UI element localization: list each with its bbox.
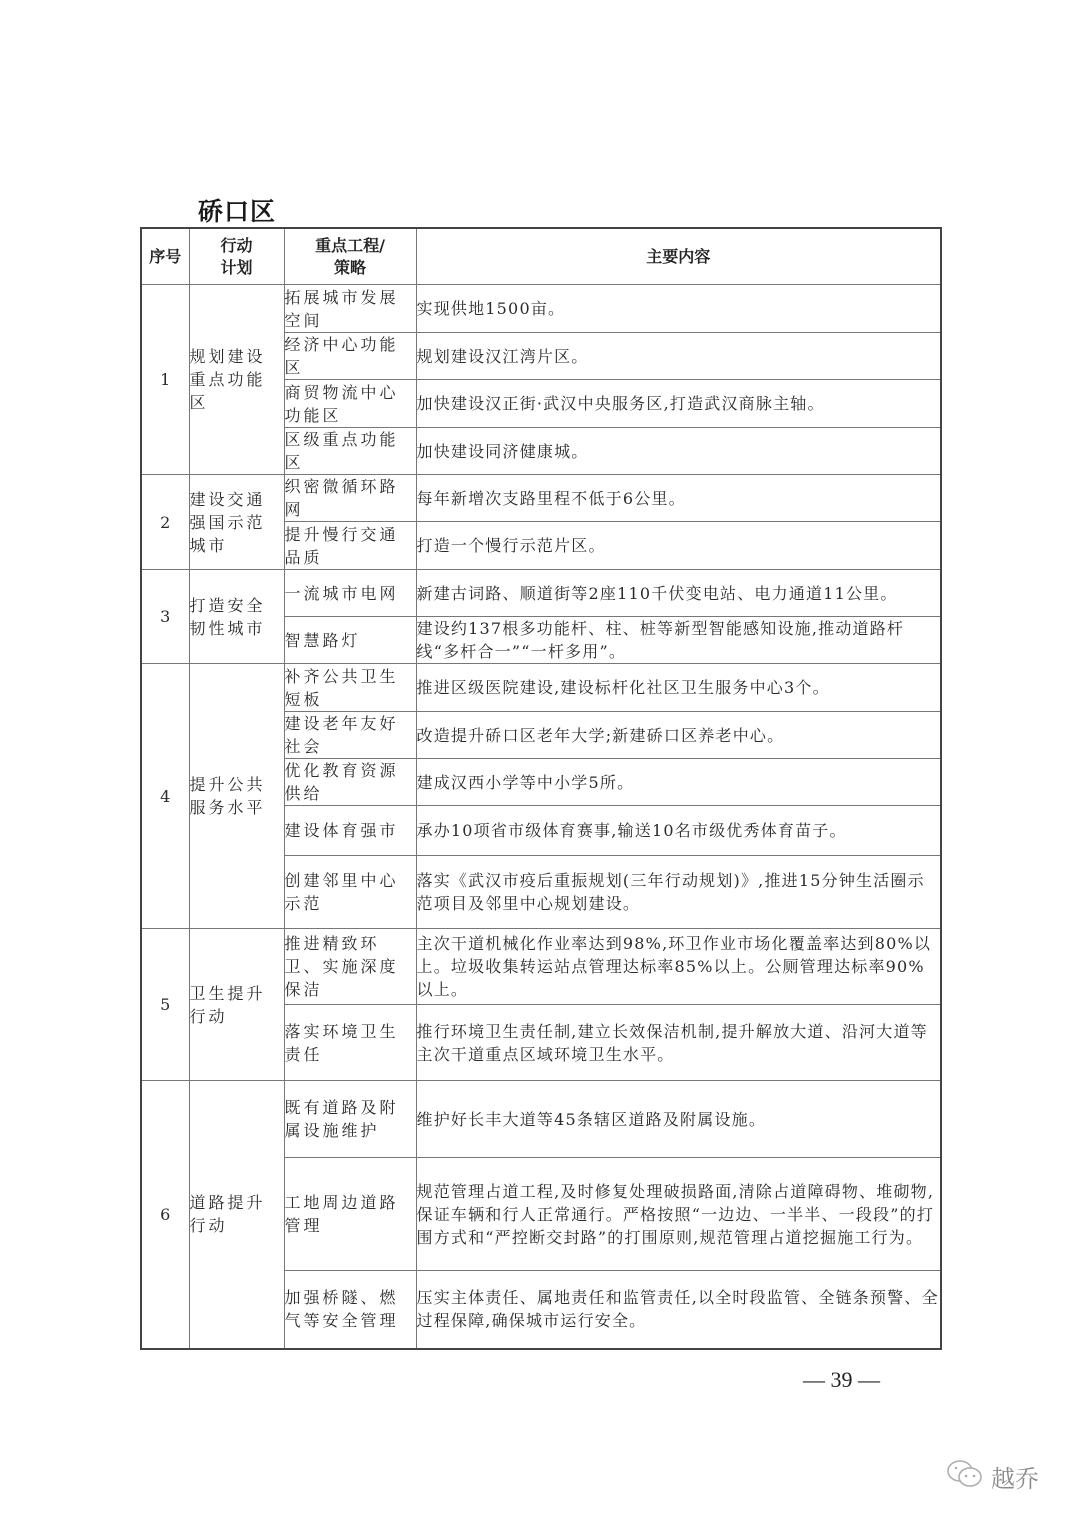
project: 拓展城市发展空间 [284,285,416,333]
header-content: 主要内容 [416,228,941,285]
table-row: 1 规划建设重点功能区 拓展城市发展空间 实现供地1500亩。 [141,285,941,333]
action-plan-table: 序号 行动计划 重点工程/策略 主要内容 1 规划建设重点功能区 拓展城市发展空… [140,227,942,1350]
project: 织密微循环路网 [284,475,416,522]
row-number: 5 [141,929,189,1081]
header-plan: 行动计划 [189,228,284,285]
content: 加快建设同济健康城。 [416,428,941,475]
table-row: 6 道路提升行动 既有道路及附属设施维护 维护好长丰大道等45条辖区道路及附属设… [141,1081,941,1158]
action-plan: 建设交通强国示范城市 [189,475,284,570]
project: 智慧路灯 [284,617,416,664]
header-project: 重点工程/策略 [284,228,416,285]
row-number: 4 [141,664,189,929]
content: 推进区级医院建设,建设标杆化社区卫生服务中心3个。 [416,664,941,712]
page-number: — 39 — [803,1367,880,1393]
content: 改造提升硚口区老年大学;新建硚口区养老中心。 [416,712,941,759]
wechat-icon [945,1458,985,1494]
content: 建成汉西小学等中小学5所。 [416,759,941,806]
project: 加强桥隧、燃气等安全管理 [284,1271,416,1349]
content: 打造一个慢行示范片区。 [416,522,941,570]
row-number: 2 [141,475,189,570]
content: 新建古词路、顺道街等2座110千伏变电站、电力通道11公里。 [416,570,941,617]
project: 优化教育资源供给 [284,759,416,806]
content: 规范管理占道工程,及时修复处理破损路面,清除占道障碍物、堆砌物,保证车辆和行人正… [416,1158,941,1271]
project: 补齐公共卫生短板 [284,664,416,712]
project: 创建邻里中心示范 [284,856,416,929]
project: 商贸物流中心功能区 [284,380,416,428]
project: 既有道路及附属设施维护 [284,1081,416,1158]
table-row: 2 建设交通强国示范城市 织密微循环路网 每年新增次支路里程不低于6公里。 [141,475,941,522]
project: 推进精致环卫、实施深度保洁 [284,929,416,1005]
row-number: 1 [141,285,189,475]
project: 建设体育强市 [284,806,416,856]
content: 落实《武汉市疫后重振规划(三年行动规划)》,推进15分钟生活圈示范项目及邻里中心… [416,856,941,929]
watermark: 越乔 [945,1458,1039,1494]
action-plan: 道路提升行动 [189,1081,284,1349]
watermark-text: 越乔 [991,1459,1039,1494]
section-title: 硚口区 [198,192,276,228]
table-row: 3 打造安全韧性城市 一流城市电网 新建古词路、顺道街等2座110千伏变电站、电… [141,570,941,617]
content: 实现供地1500亩。 [416,285,941,333]
project: 提升慢行交通品质 [284,522,416,570]
project: 建设老年友好社会 [284,712,416,759]
action-plan: 提升公共服务水平 [189,664,284,929]
action-plan: 卫生提升行动 [189,929,284,1081]
content: 压实主体责任、属地责任和监管责任,以全时段监管、全链条预警、全过程保障,确保城市… [416,1271,941,1349]
row-number: 6 [141,1081,189,1349]
project: 区级重点功能区 [284,428,416,475]
project: 工地周边道路管理 [284,1158,416,1271]
action-plan: 打造安全韧性城市 [189,570,284,664]
project: 经济中心功能区 [284,333,416,380]
content: 承办10项省市级体育赛事,输送10名市级优秀体育苗子。 [416,806,941,856]
content: 规划建设汉江湾片区。 [416,333,941,380]
content: 维护好长丰大道等45条辖区道路及附属设施。 [416,1081,941,1158]
project: 一流城市电网 [284,570,416,617]
content: 主次干道机械化作业率达到98%,环卫作业市场化覆盖率达到80%以上。垃圾收集转运… [416,929,941,1005]
content: 推行环境卫生责任制,建立长效保洁机制,提升解放大道、沿河大道等主次干道重点区域环… [416,1005,941,1081]
header-no: 序号 [141,228,189,285]
table-row: 5 卫生提升行动 推进精致环卫、实施深度保洁 主次干道机械化作业率达到98%,环… [141,929,941,1005]
table-row: 4 提升公共服务水平 补齐公共卫生短板 推进区级医院建设,建设标杆化社区卫生服务… [141,664,941,712]
content: 每年新增次支路里程不低于6公里。 [416,475,941,522]
content: 加快建设汉正街·武汉中央服务区,打造武汉商脉主轴。 [416,380,941,428]
table-header-row: 序号 行动计划 重点工程/策略 主要内容 [141,228,941,285]
row-number: 3 [141,570,189,664]
action-plan: 规划建设重点功能区 [189,285,284,475]
content: 建设约137根多功能杆、柱、桩等新型智能感知设施,推动道路杆线“多杆合一”“一杆… [416,617,941,664]
project: 落实环境卫生责任 [284,1005,416,1081]
